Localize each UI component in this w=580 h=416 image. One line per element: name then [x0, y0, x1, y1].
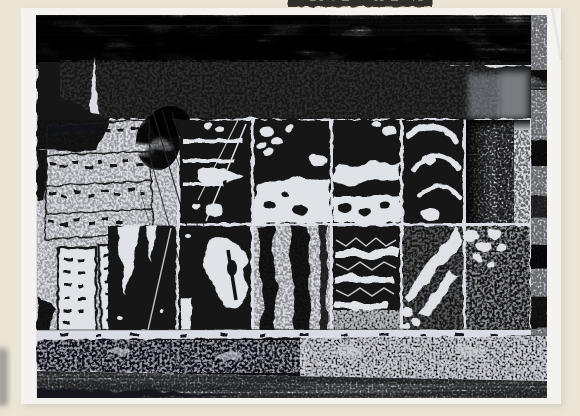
panel-streaks — [254, 226, 330, 330]
poster-grid-row1 — [180, 120, 530, 223]
panel-figure — [179, 226, 251, 330]
panel-blotch-b — [333, 120, 400, 223]
poster-grid-row2 — [108, 226, 530, 330]
panel-foliage — [464, 226, 530, 330]
door-sketch-left — [58, 248, 96, 332]
brick-column — [531, 15, 548, 336]
panel-swirl — [403, 120, 463, 223]
top-edge-bar — [288, 0, 432, 7]
artwork-photo-stage: High-contrast black-and-white photograph… — [0, 0, 580, 416]
printed-image — [30, 15, 548, 400]
panel-spray — [466, 120, 530, 223]
left-edge-shadow-blob — [0, 348, 8, 406]
panel-blotch-a — [254, 120, 330, 223]
panel-wedge — [108, 226, 176, 330]
panel-wire — [333, 226, 400, 330]
panel-slash — [402, 226, 463, 330]
artwork-photo: High-contrast black-and-white photograph… — [0, 0, 580, 416]
panel-filmstrip — [180, 120, 251, 223]
